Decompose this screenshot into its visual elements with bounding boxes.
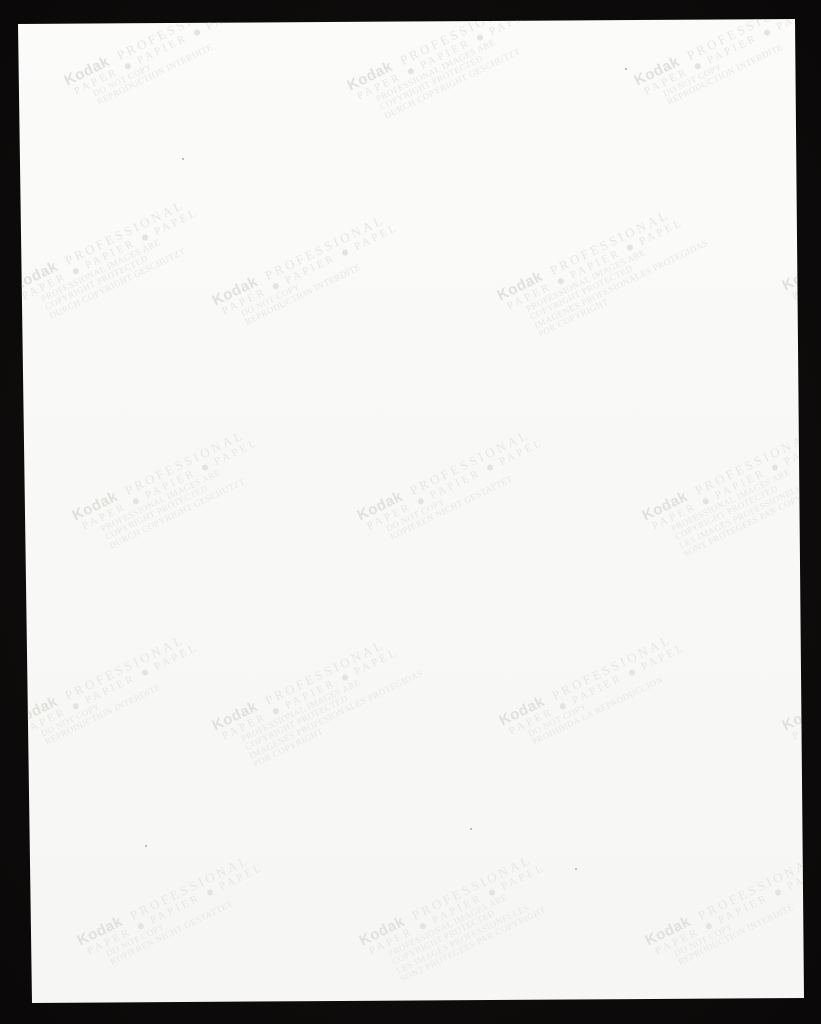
dust-speck — [145, 845, 147, 847]
dust-speck — [575, 868, 577, 870]
kodak-watermark: KodakPROFESSIONAL PAPERPAPIERPAPEL DO NO… — [75, 848, 274, 976]
kodak-watermark: KodakPROFESSIONAL PAPERPAPIERPAPEL PROFE… — [10, 193, 213, 330]
watermark-paper-line: PAPERPAPIERPAPEL — [21, 642, 201, 737]
bullet-icon — [341, 249, 349, 257]
kodak-watermark: KodakPROFESSIONAL PAPERPAPIERPAPEL DO NO… — [210, 208, 409, 336]
kodak-watermark: KodakPROFESSIONAL PAPERPAPIERPAPEL PROFE… — [495, 197, 714, 348]
kodak-watermark: KodakPROFESSIONAL PAPERPAPIERPAPEL PROFE… — [70, 423, 273, 560]
bullet-icon — [486, 464, 494, 472]
bullet-icon — [774, 889, 782, 897]
kodak-watermark: KodakPROFESSIONAL PAPERPAPIERPAPEL PROFE… — [210, 627, 429, 778]
bullet-icon — [193, 29, 201, 37]
bullet-icon — [628, 669, 636, 677]
watermark-paper-line: PAPERPAPIERPAPEL — [508, 642, 688, 737]
watermark-paper-line: PAPERPAPIERPAPEL — [86, 862, 266, 957]
photo-paper-back: KodakPROFESSIONAL PAPERPAPIERPAPEL DO NO… — [0, 0, 821, 1024]
watermark-paper-line: PAPERPAPIERPAPEL — [366, 437, 546, 532]
kodak-watermark: KodakPROFESSIONAL PAPERPAPIERPAPEL DO NO… — [10, 628, 209, 756]
kodak-watermark: KodakPROFESSIONAL PAPERPAPIERPAPEL DO NO… — [355, 423, 554, 551]
watermark-paper-line: PAPERPAPIERPAPEL — [221, 222, 401, 317]
kodak-watermark: KodakPROFESSIONAL PAPERPAPIERPAPEL DO NO… — [643, 848, 821, 976]
dust-speck — [625, 68, 627, 70]
dust-speck — [182, 158, 184, 160]
bullet-icon — [763, 29, 771, 37]
bullet-icon — [141, 669, 149, 677]
kodak-watermark: KodakPROFESSIONAL PAPERPAPIERPAPEL PROFE… — [357, 848, 564, 993]
bullet-icon — [206, 889, 214, 897]
kodak-watermark: KodakPROFESSIONAL PAPERPAPIERPAPEL DO NO… — [497, 628, 696, 756]
kodak-watermark: KodakPROFESSIONAL PAPERPAPIERPAPEL PROFE… — [640, 423, 821, 568]
dust-speck — [470, 828, 472, 830]
